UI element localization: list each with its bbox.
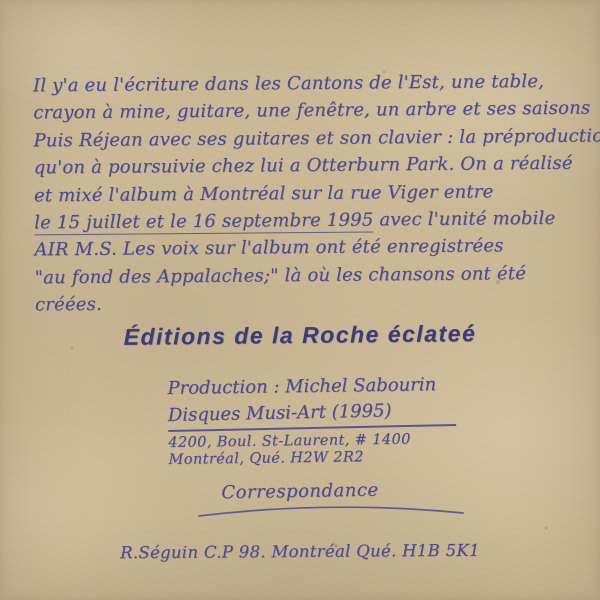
recording-dates-rest: avec l'unité mobile	[373, 208, 555, 231]
paragraph-line-6: le 15 juillet et le 16 septembre 1995 av…	[34, 205, 590, 237]
paragraph-line-8: "au fond des Appalaches;" là où les chan…	[35, 259, 591, 291]
album-liner-scan: Il y'a eu l'écriture dans les Cantons de…	[0, 0, 600, 600]
paragraph-line-9: créées.	[35, 287, 591, 319]
handwritten-paragraph: Il y'a eu l'écriture dans les Cantons de…	[33, 68, 591, 319]
correspondence-underline-swoosh	[195, 503, 467, 521]
record-label-underlined: Disques Musi-Art (1995)	[168, 397, 457, 432]
paragraph-line-4: qu'on à poursuivie chez lui a Otterburn …	[34, 150, 590, 182]
recording-dates-underlined: le 15 juillet et le 16 septembre 1995	[34, 209, 373, 235]
record-label-credit: Disques Musi-Art (1995)	[168, 398, 456, 431]
publisher-heading: Éditions de la Roche éclateé	[0, 319, 600, 352]
correspondence-address: R.Séguin C.P 98. Montréal Qué. H1B 5K1	[0, 540, 600, 563]
label-address-line-2: Montréal, Qué. H2W 2R2	[168, 447, 456, 468]
credits-block: Production : Michel Sabourin Disques Mus…	[167, 372, 456, 468]
